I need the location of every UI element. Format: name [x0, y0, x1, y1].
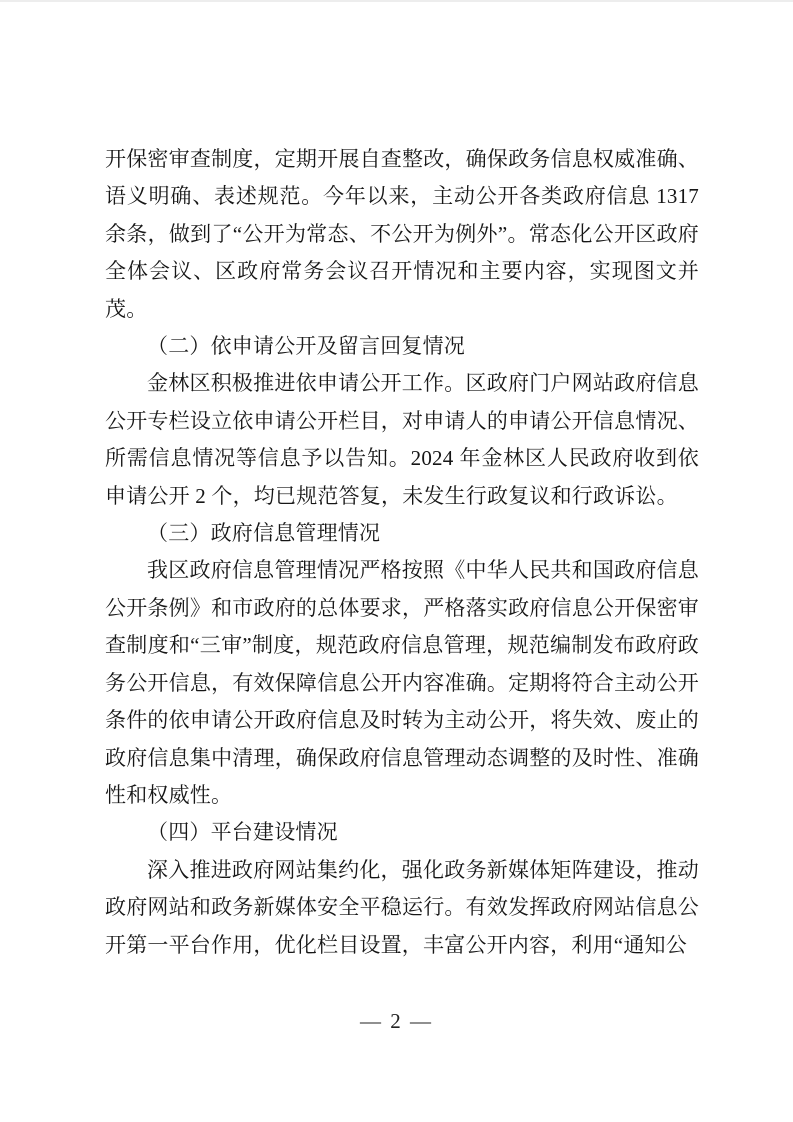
paragraph-continuation: 开保密审查制度，定期开展自查整改，确保政务信息权威准确、语义明确、表述规范。今年…: [105, 141, 699, 328]
paragraph-section-4: 深入推进政府网站集约化，强化政务新媒体矩阵建设，推动政府网站和政务新媒体安全平稳…: [105, 852, 699, 964]
section-heading-3: （三）政府信息管理情况: [105, 515, 699, 552]
page-number: — 2 —: [0, 1003, 793, 1040]
section-heading-4: （四）平台建设情况: [105, 814, 699, 851]
paragraph-section-3: 我区政府信息管理情况严格按照《中华人民共和国政府信息公开条例》和市政府的总体要求…: [105, 552, 699, 814]
scan-edge-artifact: [0, 0, 793, 2]
section-heading-2: （二）依申请公开及留言回复情况: [105, 328, 699, 365]
document-body: 开保密审查制度，定期开展自查整改，确保政务信息权威准确、语义明确、表述规范。今年…: [105, 141, 699, 964]
document-page: 开保密审查制度，定期开展自查整改，确保政务信息权威准确、语义明确、表述规范。今年…: [0, 0, 793, 1122]
paragraph-section-2: 金林区积极推进依申请公开工作。区政府门户网站政府信息公开专栏设立依申请公开栏目，…: [105, 365, 699, 515]
